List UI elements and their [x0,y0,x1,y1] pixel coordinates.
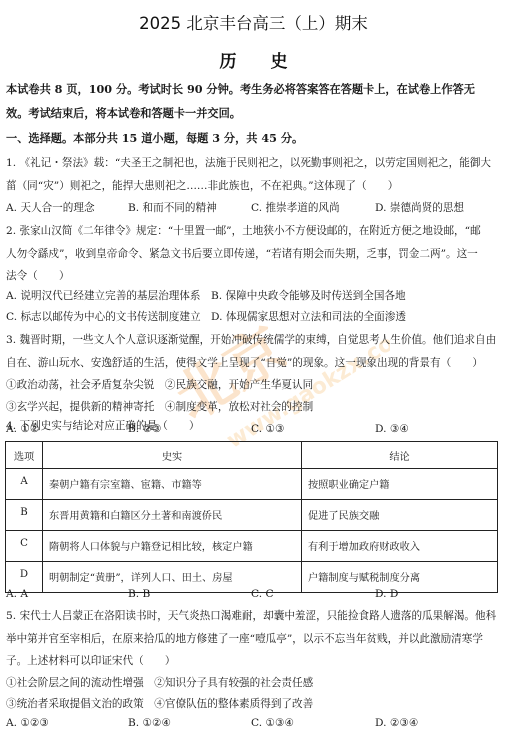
subject-char-2: 史 [271,47,288,72]
q4-row-c-conclusion: 有利于增加政府财政收入 [302,531,498,562]
q2-option-c[interactable]: C. 标志以邮传为中心的文书传送制度建立 [6,310,201,324]
q2-option-b[interactable]: B. 保障中央政令能够及时传送到全国各地 [211,289,406,303]
q4-row-a-key: A [6,469,43,500]
q2-stem-line-2: 人勿令繇戍”，收到皇帝命令、紧急文书后要立即传递，“若诸有期会而失期，乏事，罚金… [6,247,478,261]
q2-stem-line-3: 法令（ ） [6,269,70,283]
q1-stem-line-2: 菑（同“灾”）则祀之，能捍大患则祀之……非此族也，不在祀典。”这体现了（ ） [6,179,398,193]
q1-option-b[interactable]: B. 和而不同的精神 [128,201,217,215]
q4-row-c-fact: 隋朝将人口体貌与户籍登记相比较，核定户籍 [43,531,302,562]
svg-text:北京: 北京 [163,314,297,433]
subject-char-1: 历 [220,47,237,72]
instructions-line-2: 效。考试结束后，将本试卷和答题卡一并交回。 [6,106,241,120]
q3-option-d[interactable]: D. ③④ [375,422,409,436]
q4-row-b-conclusion: 促进了民族交融 [302,500,498,531]
q5-option-a[interactable]: A. ①②③ [6,716,49,730]
q4-header-fact: 史实 [43,442,302,469]
q4-row-c-key: C [6,531,43,562]
table-row: C 隋朝将人口体貌与户籍登记相比较，核定户籍 有利于增加政府财政收入 [6,531,498,562]
exam-page: 北京 www.gaokzx.com 2025 北京丰台高三（上）期末 历史 本试… [0,0,507,731]
instructions-line-1: 本试卷共 8 页，100 分。考试时长 90 分钟。考生务必将答案答在答题卡上，… [6,82,475,96]
q4-row-a-conclusion: 按照职业确定户籍 [302,469,498,500]
q4-option-a[interactable]: A. A [6,587,28,601]
q4-row-d-conclusion: 户籍制度与赋税制度分离 [302,562,498,593]
table-row: A 秦朝户籍有宗室籍、宦籍、市籍等 按照职业确定户籍 [6,469,498,500]
q1-option-a[interactable]: A. 天人合一的理念 [6,201,95,215]
exam-title: 2025 北京丰台高三（上）期末 [0,10,507,34]
q1-option-c[interactable]: C. 推崇孝道的风尚 [251,201,340,215]
q5-stem-line-2: 举中第并官至宰相后，在原来拾瓜的地方修建了一座“噎瓜亭”，以示不忘当年贫贱，并以… [6,632,483,646]
q4-table-header-row: 选项 史实 结论 [6,442,498,469]
q5-item-line-1: ①社会阶层之间的流动性增强 ②知识分子具有较强的社会责任感 [6,676,313,690]
q4-option-c[interactable]: C. C [251,587,274,601]
q5-item-line-2: ③统治者采取提倡文治的政策 ④官僚队伍的整体素质得到了改善 [6,697,313,711]
q5-option-d[interactable]: D. ②③④ [375,716,418,730]
q5-stem-line-1: 5. 宋代士人吕蒙正在洛阳读书时，天气炎热口渴难耐，却囊中羞涩，只能捡食路人遗落… [6,609,496,623]
q1-option-d[interactable]: D. 崇德尚贤的思想 [375,201,464,215]
q4-stem: 4. 下列史实与结论对应正确的是（ ） [6,419,200,433]
q4-row-b-fact: 东晋用黄籍和白籍区分土著和南渡侨民 [43,500,302,531]
q3-item-line-2: ③玄学兴起，提供新的精神寄托 ④制度变革，放松对社会的控制 [6,400,313,414]
section-heading: 一、选择题。本部分共 15 道小题，每题 3 分，共 45 分。 [6,131,303,145]
q2-option-a[interactable]: A. 说明汉代已经建立完善的基层治理体系 [6,289,200,303]
subject-title: 历史 [0,47,507,72]
table-row: B 东晋用黄籍和白籍区分土著和南渡侨民 促进了民族交融 [6,500,498,531]
q3-option-c[interactable]: C. ①③ [251,422,284,436]
q2-stem-line-1: 2. 张家山汉简《二年律令》规定：“十里置一邮”，土地狭小不方便设邮的，在附近方… [6,224,481,238]
q4-option-d[interactable]: D. D [375,587,398,601]
q2-option-d[interactable]: D. 体现儒家思想对立法和司法的全面渗透 [211,310,406,324]
q4-option-b[interactable]: B. B [128,587,150,601]
q5-option-c[interactable]: C. ①③④ [251,716,294,730]
q3-item-line-1: ①政治动荡，社会矛盾复杂尖锐 ②民族交融，开始产生华夏认同 [6,378,313,392]
q3-stem-line-1: 3. 魏晋时期，一些文人个人意识逐渐觉醒，开始冲破传统儒学的束缚，自觉思考人生价… [6,333,496,347]
q4-header-conclusion: 结论 [302,442,498,469]
q4-row-a-fact: 秦朝户籍有宗室籍、宦籍、市籍等 [43,469,302,500]
q4-row-b-key: B [6,500,43,531]
q5-option-b[interactable]: B. ①②④ [128,716,171,730]
q5-stem-line-3: 子。上述材料可以印证宋代（ ） [6,654,176,668]
q4-header-option: 选项 [6,442,43,469]
q1-stem-line-1: 1. 《礼记・祭法》载：“夫圣王之制祀也，法施于民则祀之，以死勤事则祀之，以劳定… [6,156,491,170]
q3-stem-line-2: 自在、游山玩水、安逸舒适的生活，使得文学上呈现了“自觉”的现象。这一现象出现的背… [6,356,483,370]
q4-table: 选项 史实 结论 A 秦朝户籍有宗室籍、宦籍、市籍等 按照职业确定户籍 B 东晋… [5,441,498,593]
